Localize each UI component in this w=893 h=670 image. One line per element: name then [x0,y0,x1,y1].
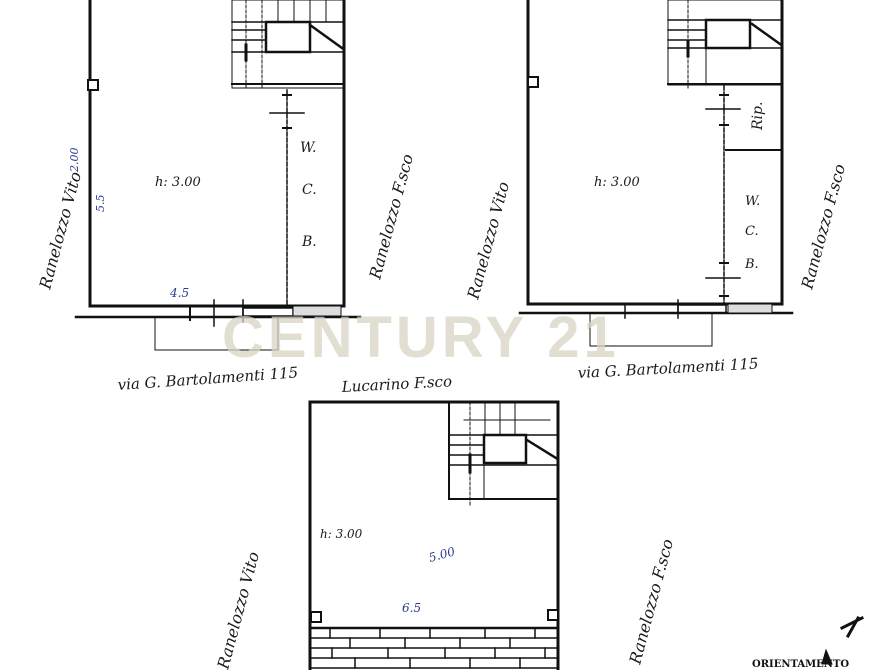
dimension-area: 5.00 [427,544,457,565]
paving-pattern [310,628,558,668]
dimension-width: 4.5 [169,286,189,300]
staircase-icon [232,0,344,90]
room-height-label: h: 3.00 [594,175,640,190]
wc-label-b: B. [301,234,317,250]
orientation-label: ORIENTAMENTO [752,659,849,670]
service-label: Rip. [750,102,766,131]
staircase-icon [668,0,782,90]
center-owner-label: Lucarino F.sco [340,372,452,396]
right-neighbor-label: Ranelozzo F.sco [797,162,849,292]
dimension-side: 2.00 [68,148,81,174]
wc-label-c: C. [302,182,317,198]
dimension-depth: 5.5 [94,195,107,213]
floor-plan-drawing: h: 3.00 W. C. B. 4.5 5.5 2.00 Ranelozzo … [0,0,893,670]
wc-label-w: W. [300,140,316,156]
north-arrow-icon [822,618,862,664]
staircase-icon [449,402,558,505]
right-neighbor-label: Ranelozzo F.sco [365,152,417,282]
right-neighbor-label: Ranelozzo F.sco [625,537,677,667]
room-height-label: h: 3.00 [320,527,363,541]
plan-top-left [76,0,360,350]
wc-label-b: B. [744,257,759,272]
left-neighbor-label: Ranelozzo Vito [463,180,513,302]
plan-top-right [520,0,792,346]
room-height-label: h: 3.00 [155,175,201,190]
left-neighbor-label: Ranelozzo Vito [213,550,263,670]
watermark: CENTURY 21 [222,305,620,370]
wc-label-w: W. [745,194,760,209]
wc-label-c: C. [745,224,759,239]
left-neighbor-label: Ranelozzo Vito [35,170,85,292]
dimension-width: 6.5 [402,601,421,615]
